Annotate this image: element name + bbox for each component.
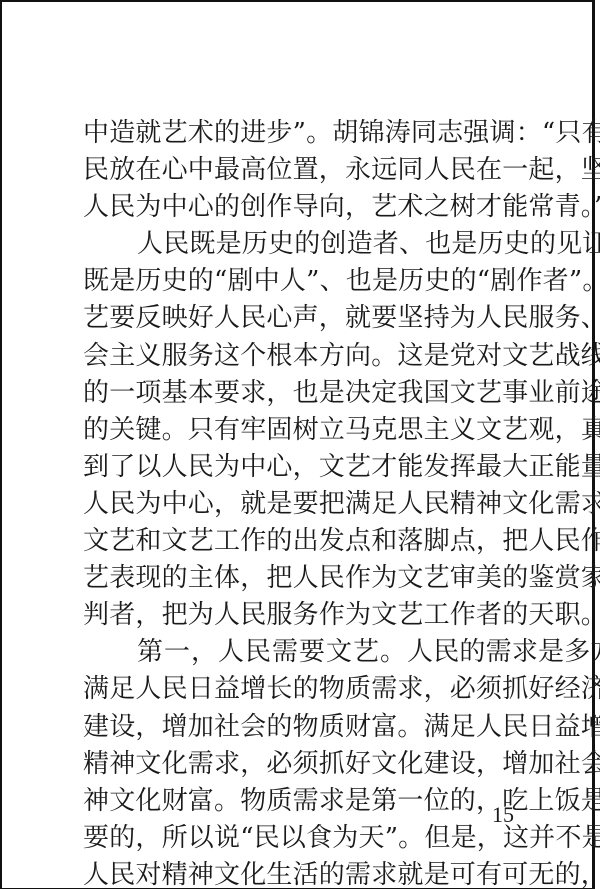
text-line: 人民为中心的创作导向，艺术之树才能常青。” <box>83 189 523 226</box>
text-line: 文艺和文艺工作的出发点和落脚点，把人民作为文 <box>83 523 523 560</box>
text-line: 的一项基本要求，也是决定我国文艺事业前途命运 <box>83 375 523 412</box>
text-line: 艺要反映好人民心声，就要坚持为人民服务、为社 <box>83 300 523 337</box>
text-line: 精神文化需求，必须抓好文化建设，增加社会的精 <box>83 746 523 783</box>
book-page: 中造就艺术的进步”。胡锦涛同志强调：“只有把人 民放在心中最高位置，永远同人民在… <box>0 0 595 889</box>
text-line: 到了以人民为中心，文艺才能发挥最大正能量。以 <box>83 449 523 486</box>
text-line: 艺表现的主体，把人民作为文艺审美的鉴赏家和评 <box>83 560 523 597</box>
text-line: 的关键。只有牢固树立马克思主义文艺观，真正做 <box>83 412 523 449</box>
text-line: 人民对精神文化生活的需求就是可有可无的，人类 <box>83 857 523 889</box>
text-run: 人民的需求是多方面的。 <box>407 637 600 667</box>
text-line: 会主义服务这个根本方向。这是党对文艺战线提出 <box>83 338 523 375</box>
text-line: 满足人民日益增长的物质需求，必须抓好经济社会 <box>83 671 523 708</box>
text-line: 中造就艺术的进步”。胡锦涛同志强调：“只有把人 <box>83 115 523 152</box>
text-line: 建设，增加社会的物质财富。满足人民日益增长的 <box>83 709 523 746</box>
body-text: 中造就艺术的进步”。胡锦涛同志强调：“只有把人 民放在心中最高位置，永远同人民在… <box>83 115 523 889</box>
paragraph-start-line: 第一，人民需要文艺。人民的需求是多方面的。 <box>83 634 523 671</box>
page-number: 15 <box>492 802 514 828</box>
paragraph-start-line: 人民既是历史的创造者、也是历史的见证者， <box>83 226 523 263</box>
text-line: 既是历史的“剧中人”、也是历史的“剧作者”。文 <box>83 263 523 300</box>
text-line: 神文化财富。物质需求是第一位的，吃上饭是最主 <box>83 783 523 820</box>
text-line: 人民为中心，就是要把满足人民精神文化需求作为 <box>83 486 523 523</box>
text-line: 民放在心中最高位置，永远同人民在一起，坚持以 <box>83 152 523 189</box>
section-heading: 第一，人民需要文艺。 <box>137 637 407 667</box>
text-line: 要的，所以说“民以食为天”。但是，这并不是说 <box>83 820 523 857</box>
text-line: 判者，把为人民服务作为文艺工作者的天职。 <box>83 597 523 634</box>
